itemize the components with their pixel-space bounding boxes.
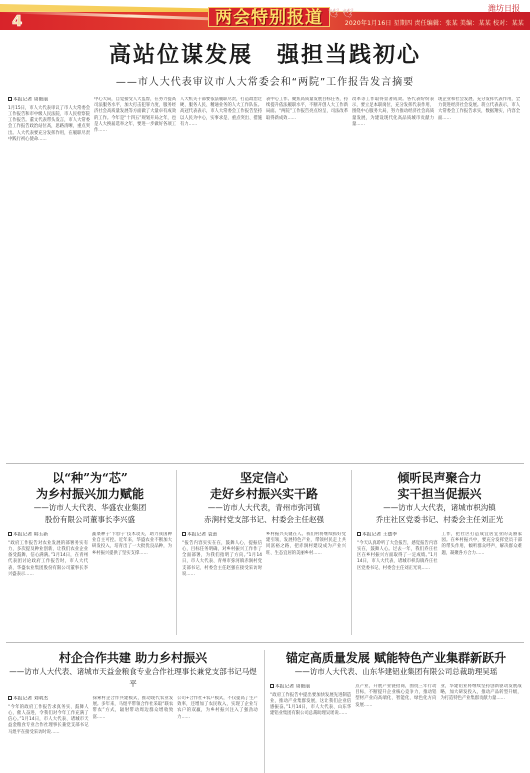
story-public-voice: 倾听民声聚合力 实干担当促振兴 ——访市人大代表，诸城市枳沟镇 乔庄社区党委书记… (355, 470, 524, 638)
lead-title: 高站位谋发展 强担当践初心 (0, 38, 530, 69)
byline-box-icon (182, 532, 186, 536)
column-rule (176, 470, 177, 635)
story-column: 乡村振兴关键在人。我们村将继续抓好党建引领，发展特色产业，带领村民走上共同富裕之… (264, 532, 348, 578)
byline-box-icon (357, 532, 361, 536)
story-column: 公司+合作社+农户模式，不仅提高了生产效率，还增加了农民收入，实现了企业与农户的… (175, 696, 260, 736)
story-column: 本报记者 周艳丽 “政府工作报告中提出要加快发展先进制造业，推动产业集群发展，这… (268, 684, 353, 718)
lead-article: 本报记者 周艳丽 1月15日，市人大代表审议了市人大常委会工作报告和市中级人民法… (6, 97, 524, 419)
lead-headline: 高站位谋发展 强担当践初心 ——市人大代表审议市人大常委会和“两院”工作报告发言… (0, 38, 530, 88)
page-number: 4 (12, 12, 22, 30)
lead-column: 改革等工作取得显著成效。各代表纷纷表示，要立足本职岗位，充分发挥代表作用，围绕中… (350, 97, 436, 419)
byline-box-icon (8, 97, 12, 101)
divider (6, 642, 524, 643)
lead-subtitle: ——市人大代表审议市人大常委会和“两院”工作报告发言摘要 (0, 73, 530, 88)
story-column: 探索村企合作共建模式，推动现代农业发展。多年来，马煜平带领合作社采取“联农带农”… (91, 696, 176, 736)
story-column: 本报记者 王德李 “今天认真聆听了大会报告，感觉报告内容实在，鼓舞人心。过去一年… (355, 532, 440, 572)
dateline: 2020年1月16日 星期四 责任编辑：张某 美编：某某 校对：某某 (345, 18, 524, 27)
column-rule (351, 470, 352, 635)
lead-column: 表中心工作。聚焦高质量发展目标任务，持续提升依法履职水平，不断开创人大工作新局面… (264, 97, 350, 419)
story-column: 本报记者 袁蕾 “报告内容实实在在，鼓舞人心，提振信心，目标任务明确，对乡村振兴… (180, 532, 264, 578)
page-banner: 4 两会特别报道 🕊 🕊 潍坊日报 2020年1月16日 星期四 责任编辑：张某… (0, 0, 530, 30)
story-rural-revitalization: 坚定信心 走好乡村振兴实干路 ——访市人大代表，青州市弥河镇 赤涧村党支部书记、… (180, 470, 348, 638)
section-title: 两会特别报道 (208, 7, 330, 27)
story-column: 工作，把社区打造成宜居宜业的美丽家园。在乡村振兴中，要充分发挥党员干部的带头作用… (440, 532, 525, 572)
story-column: 蔬菜种子‘卡脖子’技术攻关，助力我国种业自主可控。近年来，华盛农业不断加大研发投… (90, 532, 174, 578)
story-column: 本报记者 韩玉新 “政府工作报告对农业发展的部署务实有力，多次提及种业创新，让我… (6, 532, 90, 578)
column-rule (264, 650, 265, 773)
story-seed-industry: 以“种”为“芯” 为乡村振兴加力赋能 ——访市人大代表、华盛农业集团 股份有限公… (6, 470, 174, 638)
byline-box-icon (270, 684, 274, 688)
lead-column: 人大机关干部要依法履职尽责，打造政治过硬、服务人民、精通业务的人大工作队伍。高冠… (178, 97, 264, 419)
byline-box-icon (8, 532, 12, 536)
byline-box-icon (8, 696, 12, 700)
lead-column: 现企业和社会发展，充分发挥代表作用，全力促进经济社会发展。蒋立代表表示，市人大常… (436, 97, 522, 419)
lead-column: 本报记者 周艳丽 1月15日，市人大代表审议了市人大常委会工作报告和市中级人民法… (6, 97, 92, 419)
divider (6, 463, 524, 464)
story-village-enterprise: 村企合作共建 助力乡村振兴 ——访市人大代表、诸城市天益金粮食专业合作社理事长兼… (6, 650, 260, 773)
story-column: 本报记者 刘明杰 “今年的政府工作报告求真务实、鼓舞人心，催人奋进，令我们对今年… (6, 696, 91, 736)
lead-column: 中心大局，自觉接受人大监督，在努力提高司法服务水平，加大打击犯罪力度，服务经济社… (92, 97, 178, 419)
paper-name: 潍坊日报 (488, 3, 520, 14)
story-high-quality-development: 锚定高质量发展 赋能特色产业集群新跃升 ——访市人大代表、山东华建铝业集团有限公… (268, 650, 524, 773)
story-column: 点产业，开展产业链招商，围绕三年行动目标，不断提升企业核心竞争力，推动铝型材产业… (353, 684, 438, 718)
byline: 本报记者 周艳丽 (8, 97, 90, 104)
story-column: 业，华建铝业将继续坚持创新驱动发展战略，加大研发投入，推动产品转型升级，为打造特… (438, 684, 523, 718)
